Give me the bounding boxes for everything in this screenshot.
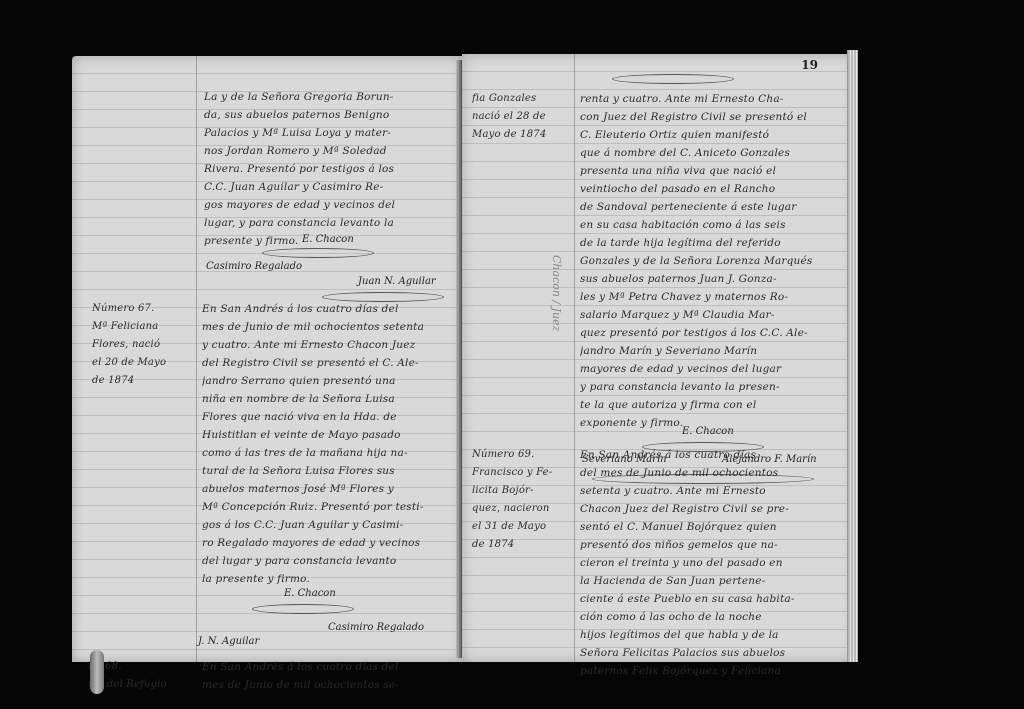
signature-chacon: E. Chacon xyxy=(302,234,354,245)
faded-margin-stamp: Chacon / Juez xyxy=(523,255,563,395)
entry-69-text: En San Andrés á los cuatro días del mes … xyxy=(580,446,795,680)
signature-aguilar: Juan N. Aguilar xyxy=(358,276,436,287)
entry-67-margin-note: Número 67. Mª Feliciana Flores, nació el… xyxy=(92,300,166,390)
entry-66-continuation: La y de la Señora Gregoria Borun- da, su… xyxy=(204,88,395,250)
page-number: 19 xyxy=(801,58,818,72)
entry-68-text: En San Andrés á los cuatro días del mes … xyxy=(202,608,399,694)
open-register-book: La y de la Señora Gregoria Borun- da, su… xyxy=(68,50,862,668)
signature-chacon: E. Chacon xyxy=(682,426,734,437)
header-flourish xyxy=(612,74,734,84)
signature-regalado: Casimiro Regalado xyxy=(206,261,302,272)
margin-rule xyxy=(574,54,575,662)
signature-chacon: E. Chacon xyxy=(284,588,336,599)
margin-rule xyxy=(196,56,197,662)
entry-66-right-text: renta y cuatro. Ante mi Ernesto Cha- con… xyxy=(580,90,813,432)
entry-69-margin-note: Número 69. Francisco y Fe- licita Bojór-… xyxy=(472,446,552,554)
entry-67-text: En San Andrés á los cuatro días del mes … xyxy=(202,300,424,588)
page-edges xyxy=(847,50,858,662)
right-page: 19 fia Gonzales nació el 28 de Mayo de 1… xyxy=(462,54,854,662)
entry-66-margin-note: fia Gonzales nació el 28 de Mayo de 1874 xyxy=(472,90,546,144)
thumb-holding-page xyxy=(90,650,104,694)
signature-flourish xyxy=(262,248,374,258)
left-page: La y de la Señora Gregoria Borun- da, su… xyxy=(72,56,462,662)
